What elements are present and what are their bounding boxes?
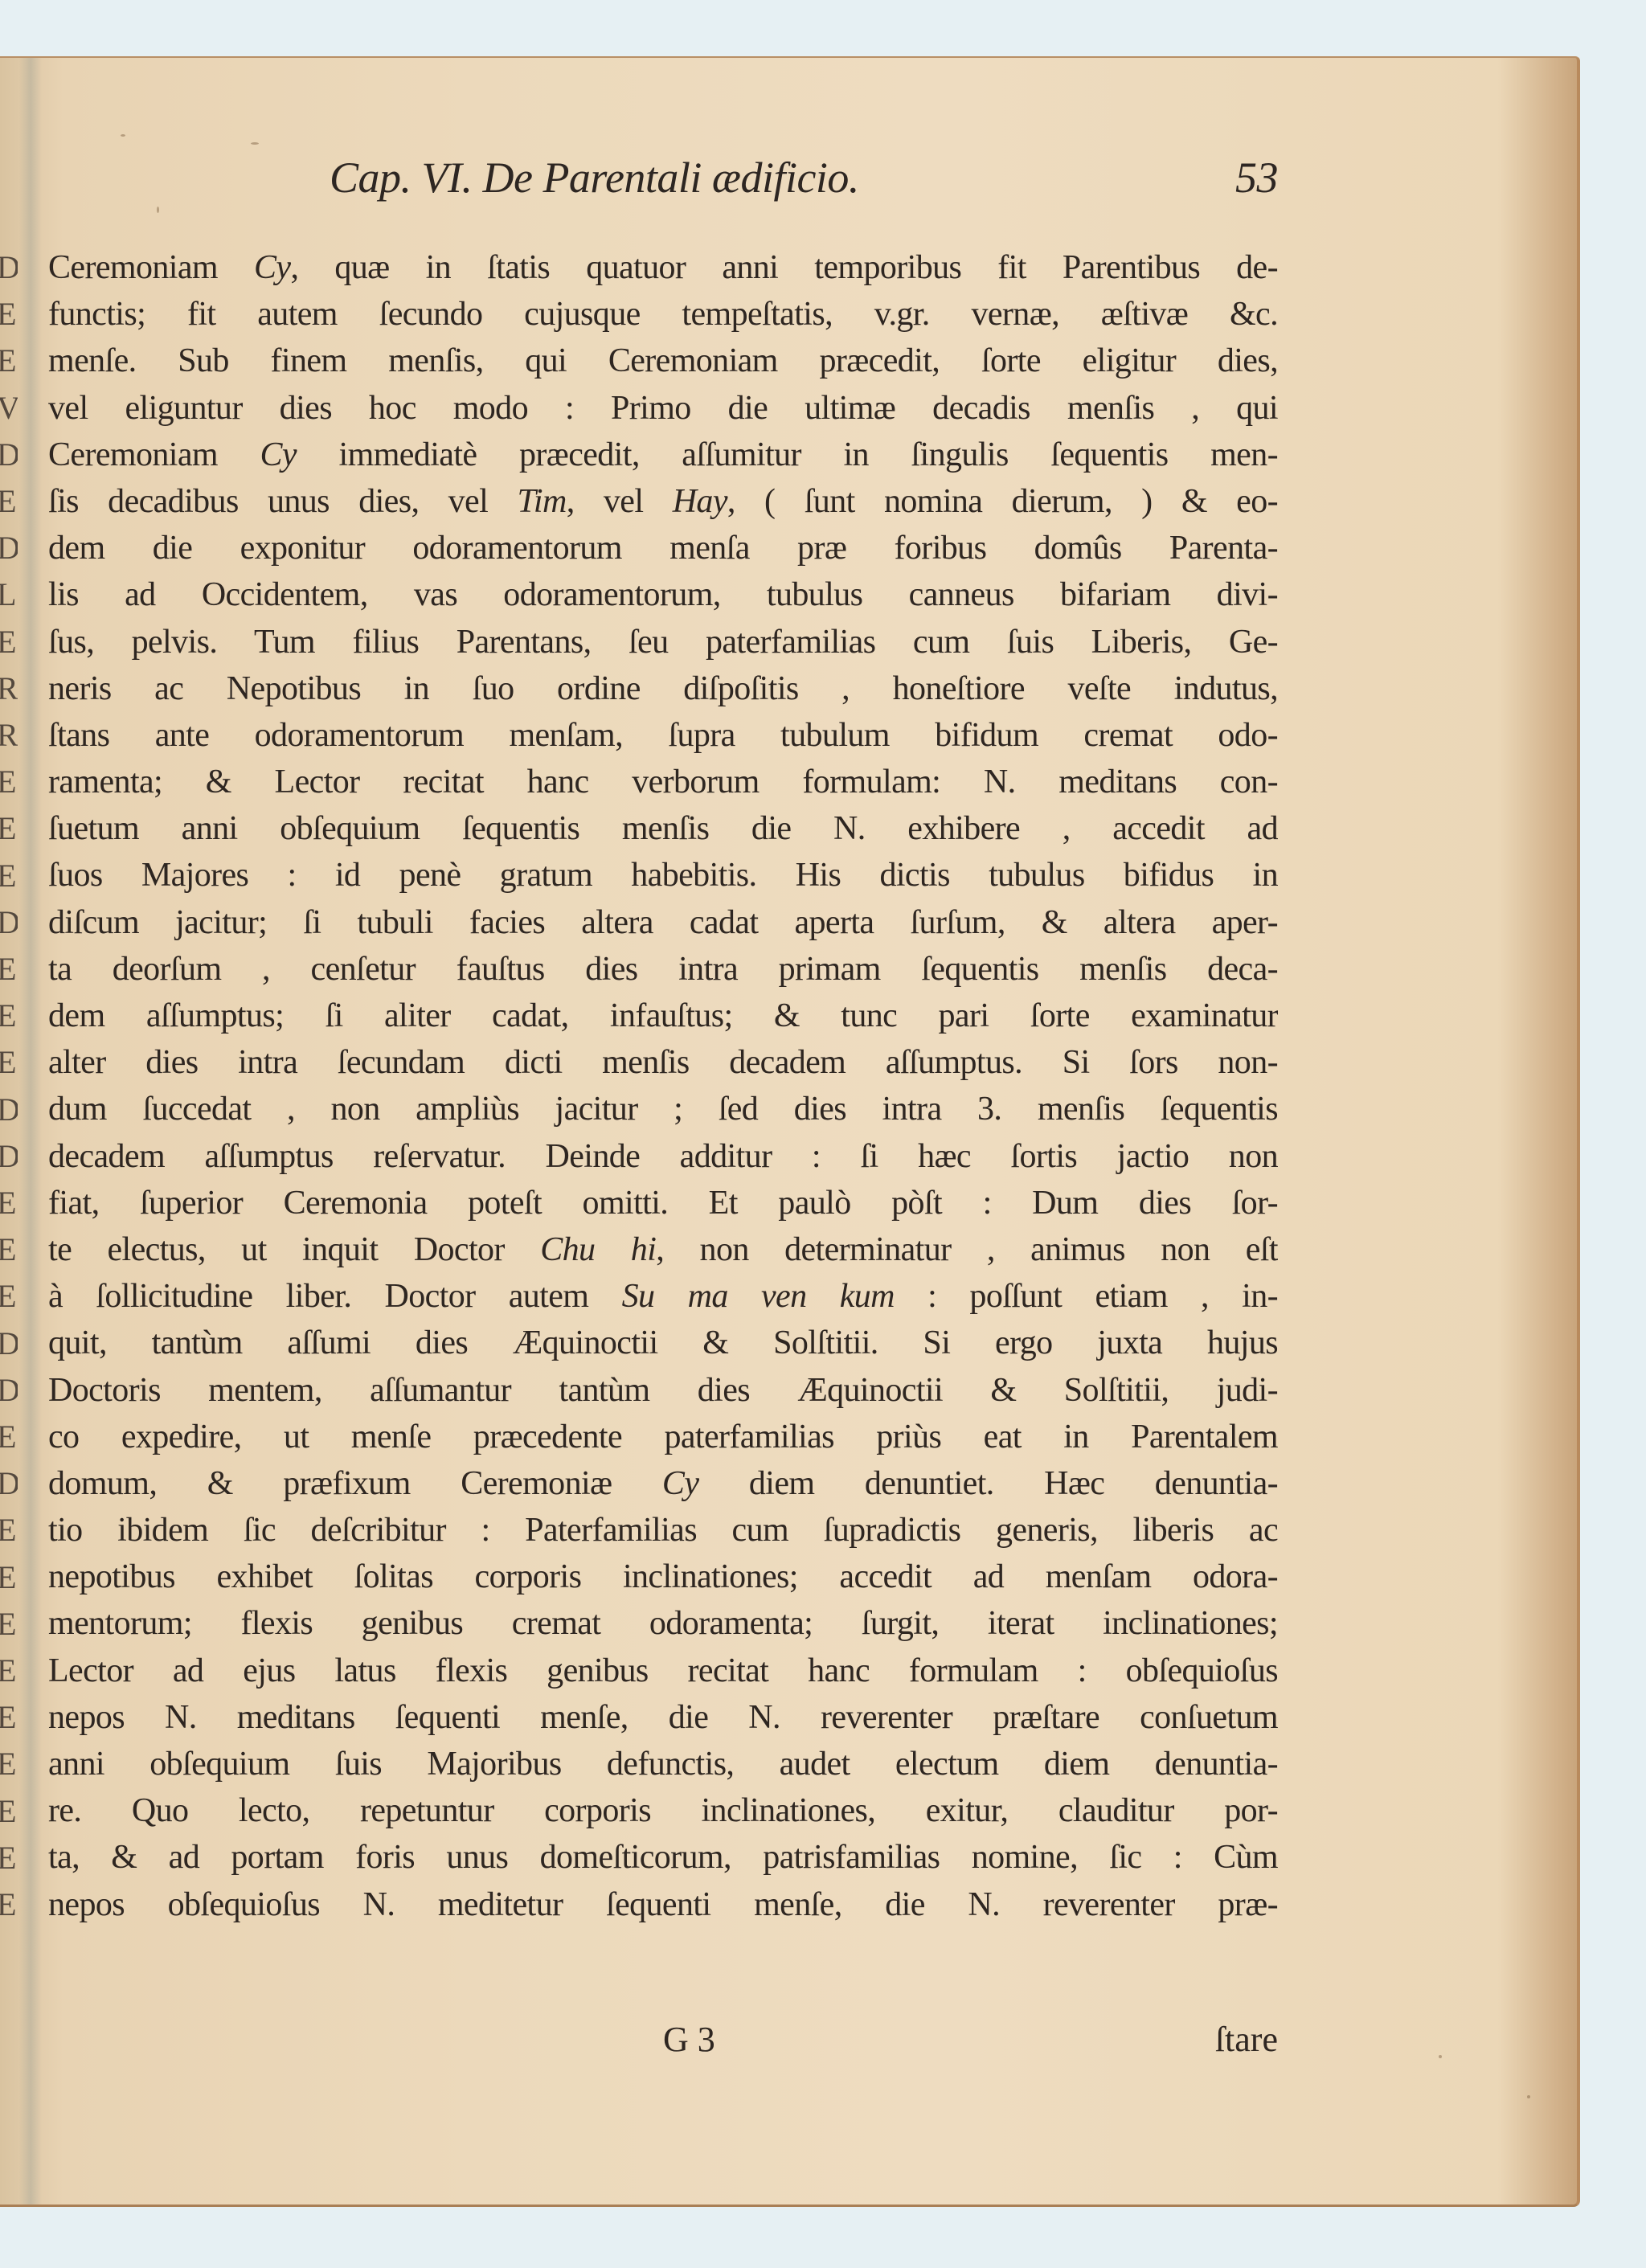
text-line: ta deorſum , cenſetur fauſtus dies intra… (48, 946, 1278, 993)
margin-character: D (0, 244, 18, 291)
text-line: ſtans ante odoramentorum menſam, ſupra t… (48, 712, 1278, 759)
margin-character: E (0, 338, 16, 384)
margin-character: E (0, 1601, 16, 1648)
margin-character: E (0, 1414, 16, 1460)
margin-character: E (0, 291, 16, 338)
text-line: vel eliguntur dies hoc modo : Primo die … (48, 385, 1278, 432)
page-gutter-shadow (19, 58, 42, 2205)
margin-character: E (0, 1741, 16, 1787)
margin-character: D (0, 1133, 18, 1180)
margin-character: E (0, 1835, 16, 1881)
text-line: fiat, ſuperior Ceremonia poteſt omitti. … (48, 1180, 1278, 1226)
text-line: functis; fit autem ſecundo cujusque temp… (48, 291, 1278, 338)
margin-character: E (0, 1881, 16, 1928)
text-line: Lector ad ejus latus flexis genibus reci… (48, 1648, 1278, 1694)
margin-character: E (0, 1648, 16, 1694)
text-line: ramenta; & Lector recitat hanc verborum … (48, 759, 1278, 805)
book-page: DEEVDEDLERREEEDEEEDDEEEDDEDEEEEEEEEE Cap… (0, 56, 1580, 2207)
margin-character: E (0, 1694, 16, 1741)
paper-speck (121, 134, 125, 137)
page-footer: G 3 ſtare (48, 2019, 1278, 2067)
text-line: lis ad Occidentem, vas odoramentorum, tu… (48, 571, 1278, 618)
signature-mark: G 3 (663, 2019, 715, 2060)
margin-character: R (0, 712, 18, 759)
text-line: à ſollicitudine liber. Doctor autem Su m… (48, 1273, 1278, 1320)
margin-character: E (0, 946, 16, 993)
margin-character: E (0, 1507, 16, 1554)
margin-character: D (0, 1087, 18, 1133)
text-line: tio ibidem ſic deſcribitur : Paterfamili… (48, 1507, 1278, 1554)
margin-character: E (0, 1273, 16, 1320)
margin-character: D (0, 1460, 18, 1507)
italic-term: Cy (662, 1465, 698, 1502)
margin-character: E (0, 1180, 16, 1226)
text-line: menſe. Sub finem menſis, qui Ceremoniam … (48, 338, 1278, 384)
text-line: ſuetum anni obſequium ſequentis menſis d… (48, 805, 1278, 852)
paper-speck (157, 207, 159, 213)
margin-character: E (0, 619, 16, 665)
margin-character: E (0, 993, 16, 1039)
margin-character: E (0, 853, 16, 899)
chapter-title: Cap. VI. De Parentali ædificio. (330, 153, 859, 203)
margin-character: D (0, 899, 18, 946)
margin-character: L (0, 571, 16, 618)
text-line: Ceremoniam Cy immediatè præcedit, aſſumi… (48, 432, 1278, 478)
text-line: nepos obſequioſus N. meditetur ſequenti … (48, 1881, 1278, 1928)
page-number: 53 (1235, 153, 1278, 203)
text-line: nepotibus exhibet ſolitas corporis incli… (48, 1554, 1278, 1600)
paper-speck (1527, 2095, 1530, 2098)
margin-character: E (0, 1226, 16, 1273)
margin-character: E (0, 1788, 16, 1835)
text-line: diſcum jacitur; ſi tubuli facies altera … (48, 899, 1278, 946)
italic-term: Tim (517, 483, 566, 520)
text-line: Ceremoniam Cy, quæ in ſtatis quatuor ann… (48, 244, 1278, 291)
margin-character: D (0, 1320, 18, 1367)
text-line: domum, & præfixum Ceremoniæ Cy diem denu… (48, 1460, 1278, 1507)
text-line: ſis decadibus unus dies, vel Tim, vel Ha… (48, 478, 1278, 525)
text-line: ta, & ad portam foris unus domeſticorum,… (48, 1834, 1278, 1881)
margin-character: E (0, 759, 16, 805)
body-text: Ceremoniam Cy, quæ in ſtatis quatuor ann… (48, 244, 1278, 1928)
italic-term: Cy (260, 436, 297, 473)
facing-page-margin-characters: DEEVDEDLERREEEDEEEDDEEEDDEDEEEEEEEEE (0, 58, 18, 2205)
catchword: ſtare (1215, 2019, 1278, 2060)
italic-term: Cy (254, 249, 290, 286)
italic-term: Su ma ven kum (622, 1278, 895, 1315)
text-line: neris ac Nepotibus in ſuo ordine diſpoſi… (48, 665, 1278, 712)
margin-character: D (0, 1367, 18, 1414)
text-line: quit, tantùm aſſumi dies Æquinoctii & So… (48, 1320, 1278, 1366)
paper-speck (251, 142, 259, 145)
text-line: decadem aſſumptus reſervatur. Deinde add… (48, 1133, 1278, 1180)
text-line: alter dies intra ſecundam dicti menſis d… (48, 1039, 1278, 1086)
margin-character: E (0, 1039, 16, 1086)
text-line: anni obſequium ſuis Majoribus defunctis,… (48, 1741, 1278, 1787)
text-line: dem die exponitur odoramentorum menſa pr… (48, 525, 1278, 571)
margin-character: V (0, 385, 18, 432)
text-line: co expedire, ut menſe præcedente paterfa… (48, 1414, 1278, 1460)
text-line: te electus, ut inquit Doctor Chu hi, non… (48, 1226, 1278, 1273)
text-line: mentorum; flexis genibus cremat odoramen… (48, 1600, 1278, 1647)
margin-character: E (0, 805, 16, 852)
text-line: dum ſuccedat , non ampliùs jacitur ; ſed… (48, 1086, 1278, 1132)
text-line: ſus, pelvis. Tum filius Parentans, ſeu p… (48, 619, 1278, 665)
italic-term: Chu hi (540, 1231, 656, 1268)
margin-character: R (0, 665, 18, 712)
text-line: Doctoris mentem, aſſumantur tantùm dies … (48, 1367, 1278, 1414)
margin-character: E (0, 478, 16, 525)
margin-character: D (0, 525, 18, 571)
margin-character: E (0, 1554, 16, 1601)
text-line: ſuos Majores : id penè gratum habebitis.… (48, 852, 1278, 899)
text-line: dem aſſumptus; ſi aliter cadat, infauſtu… (48, 993, 1278, 1039)
paper-speck (1439, 2055, 1442, 2058)
text-line: nepos N. meditans ſequenti menſe, die N.… (48, 1694, 1278, 1741)
margin-character: D (0, 432, 18, 478)
text-line: re. Quo lecto, repetuntur corporis incli… (48, 1787, 1278, 1834)
italic-term: Hay (673, 483, 727, 520)
